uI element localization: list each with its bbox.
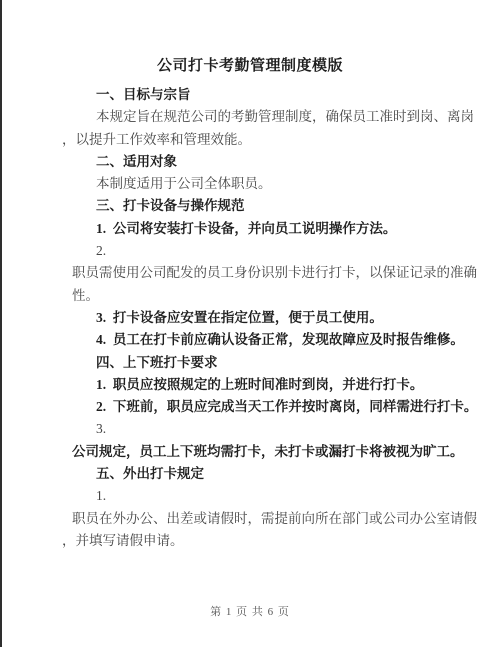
list-item-1: 1. 职员应按照规定的上班时间准时到岗，并进行打卡。 <box>72 374 490 396</box>
list-item-4: 4. 员工在打卡前应确认设备正常，发现故障应及时报告维修。 <box>72 329 490 351</box>
page-number: 第 1 页 共 6 页 <box>0 603 500 619</box>
page-left-edge <box>0 0 2 647</box>
list-item-2-continuation: 性。 <box>72 285 490 307</box>
section-heading-scope: 二、适用对象 <box>72 151 490 173</box>
paragraph-continuation: ，以提升工作效率和管理效能。 <box>62 129 490 151</box>
document-page: 公司打卡考勤管理制度模版 一、目标与宗旨 本规定旨在规范公司的考勤管理制度，确保… <box>0 0 500 647</box>
list-item-1-continuation: ，并填写请假申请。 <box>62 530 490 552</box>
document-title: 公司打卡考勤管理制度模版 <box>0 54 500 75</box>
list-item-3: 3. 打卡设备应安置在指定位置，便于员工使用。 <box>72 307 490 329</box>
list-item-2: 2. 下班前，职员应完成当天工作并按时离岗，同样需进行打卡。 <box>72 396 490 418</box>
section-heading-goal: 一、目标与宗旨 <box>72 84 490 106</box>
paragraph-line: 本制度适用于公司全体职员。 <box>72 173 490 195</box>
list-item-1: 1. 公司将安装打卡设备，并向员工说明操作方法。 <box>72 218 490 240</box>
section-heading-outside: 五、外出打卡规定 <box>72 463 490 485</box>
section-heading-clock-rules: 四、上下班打卡要求 <box>72 352 490 374</box>
list-item-3-number: 3. <box>72 418 490 440</box>
paragraph-line: 本规定旨在规范公司的考勤管理制度，确保员工准时到岗、离岗 <box>72 106 490 128</box>
document-body: 一、目标与宗旨 本规定旨在规范公司的考勤管理制度，确保员工准时到岗、离岗 ，以提… <box>72 84 490 552</box>
list-item-1-number: 1. <box>72 485 490 507</box>
list-item-3-text: 公司规定，员工上下班均需打卡，未打卡或漏打卡将被视为旷工。 <box>72 441 490 463</box>
list-item-1-text: 职员在外办公、出差或请假时，需提前向所在部门或公司办公室请假 <box>72 508 490 530</box>
list-item-2-number: 2. <box>72 240 490 262</box>
list-item-2-text: 职员需使用公司配发的员工身份识别卡进行打卡，以保证记录的准确 <box>72 262 490 284</box>
section-heading-equipment: 三、打卡设备与操作规范 <box>72 195 490 217</box>
